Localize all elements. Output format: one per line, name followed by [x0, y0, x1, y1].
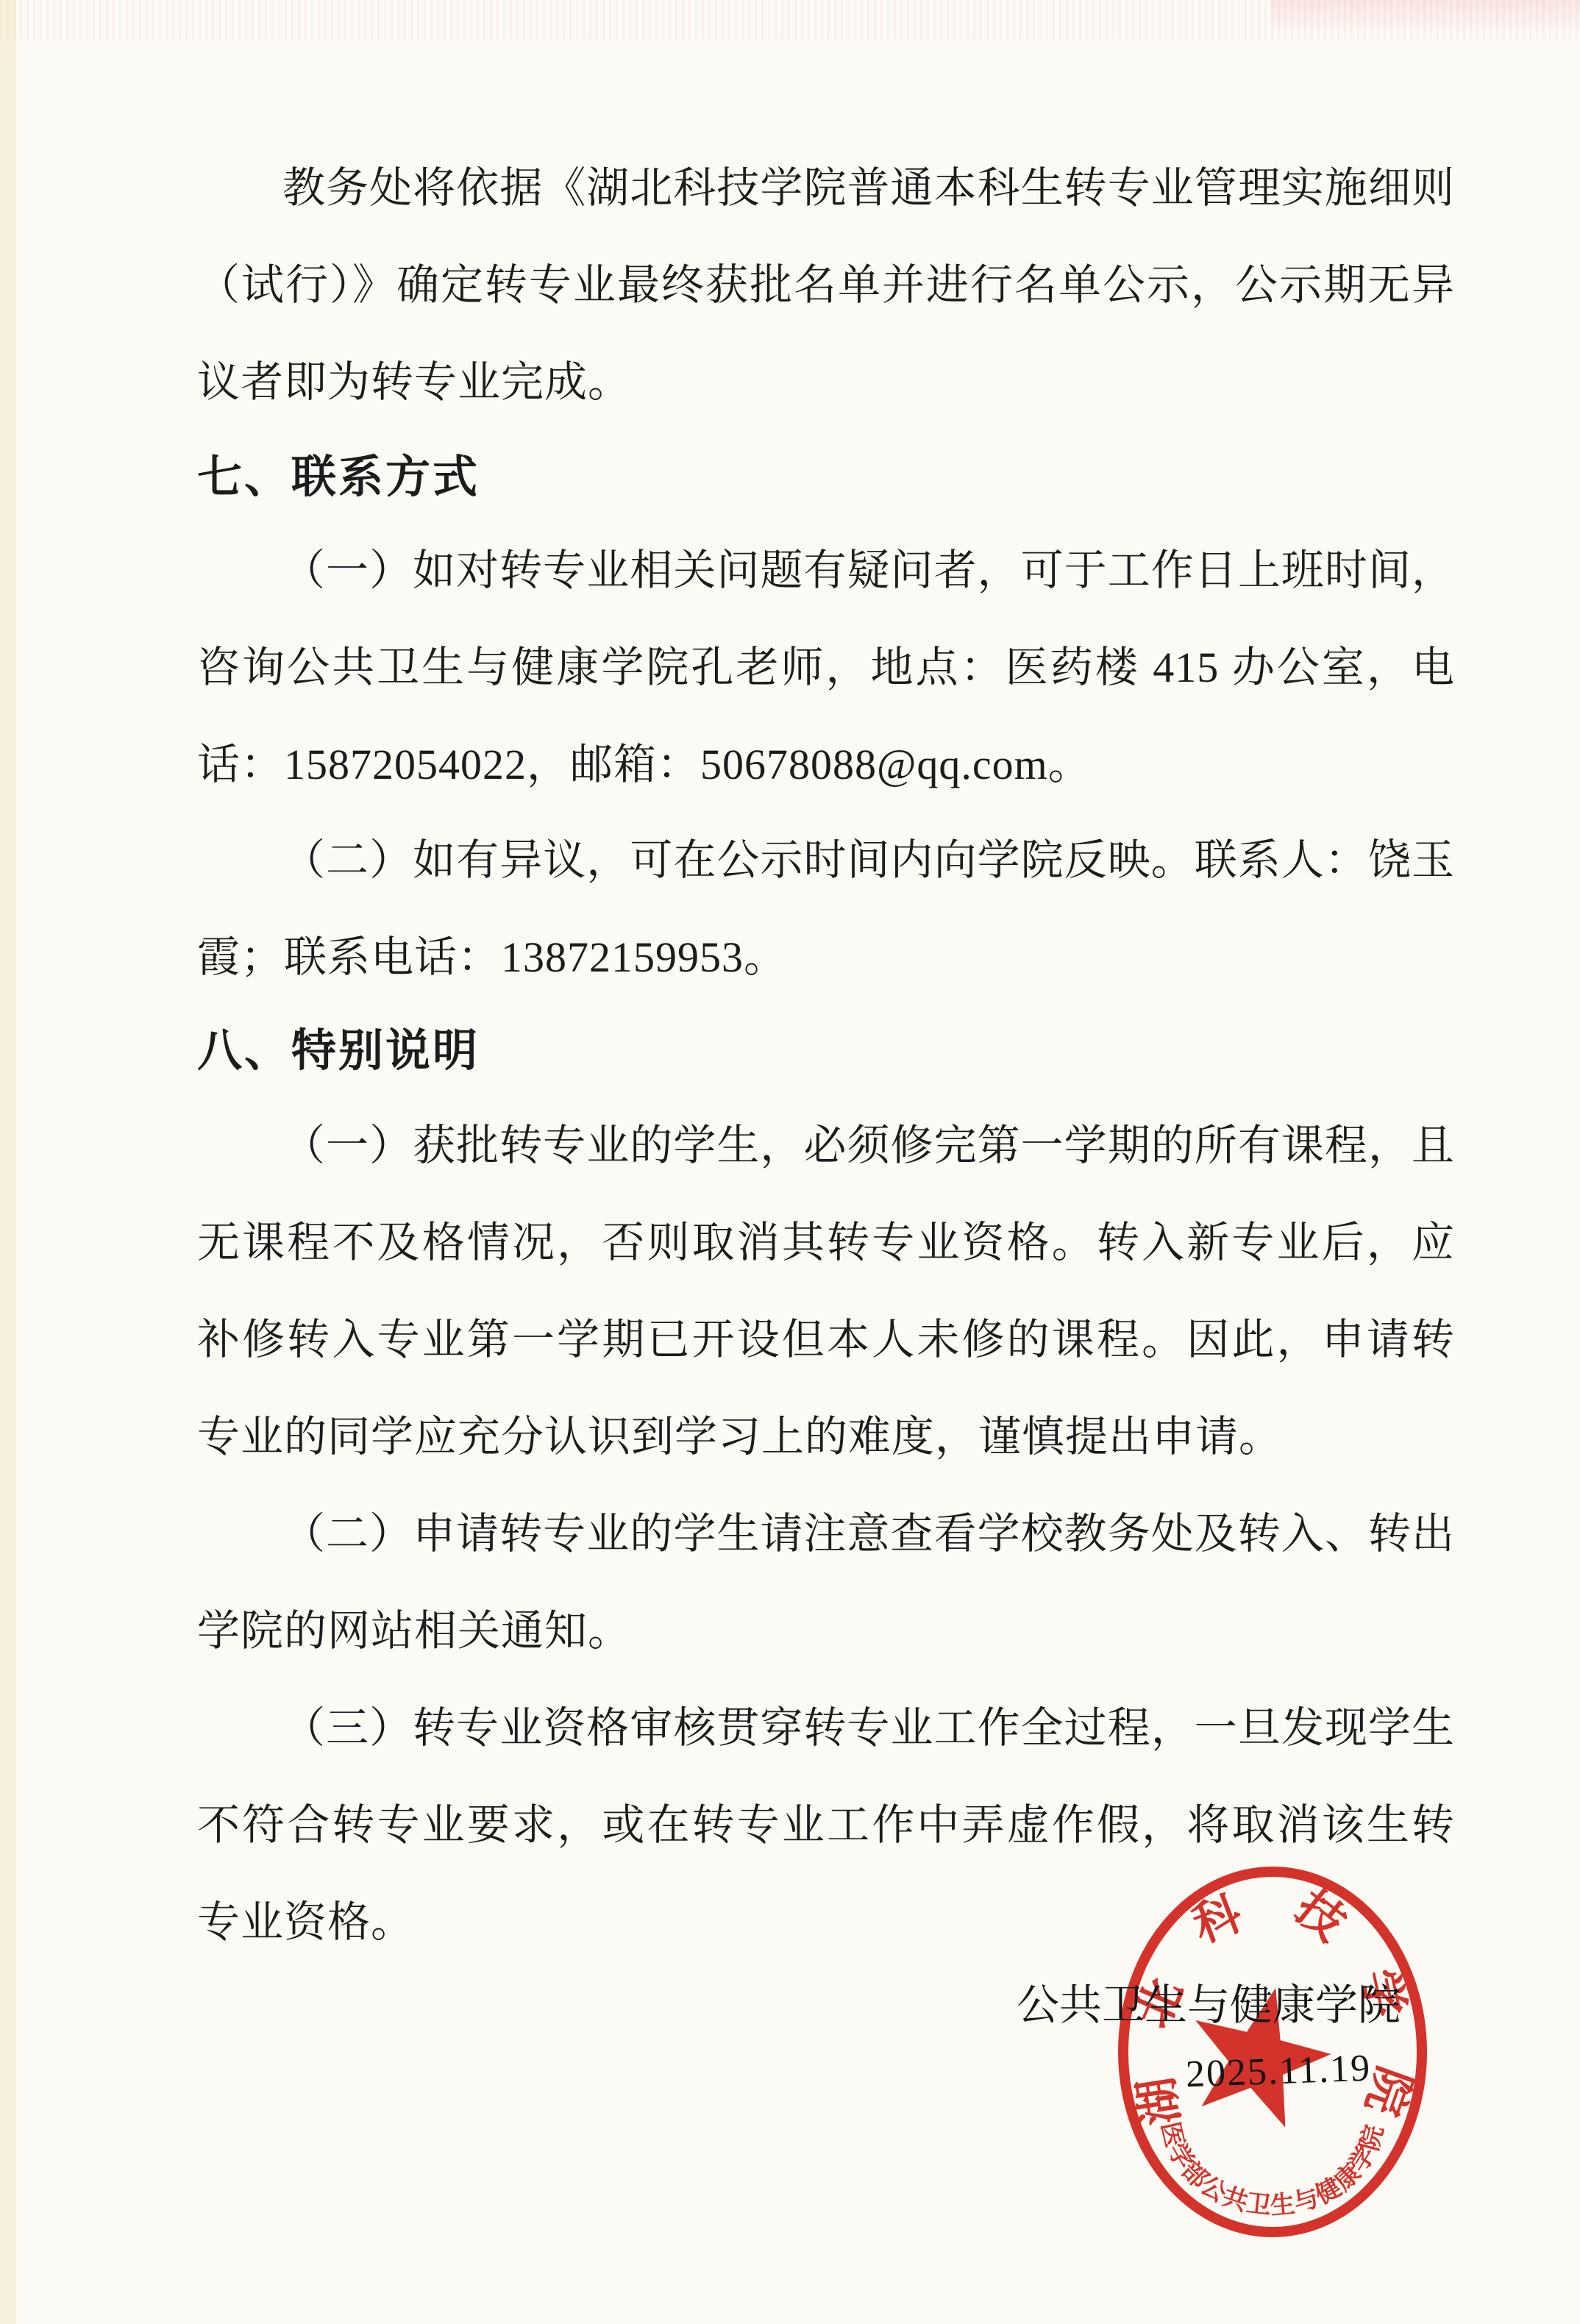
paragraph-special-item-2: （二）申请转专业的学生请注意查看学校教务处及转入、转出学院的网站相关通知。 [197, 1486, 1455, 1680]
paragraph-special-item-1: （一）获批转专业的学生，必须修完第一学期的所有课程，且无课程不及格情况，否则取消… [197, 1097, 1455, 1486]
scan-corner-artifact [1271, 0, 1580, 34]
scanned-document-page: 教务处将依据《湖北科技学院普通本科生转专业管理实施细则（试行）》确定转专业最终获… [0, 0, 1580, 2324]
paragraph-contact-item-1: （一）如对转专业相关问题有疑问者，可于工作日上班时间，咨询公共卫生与健康学院孔老… [197, 522, 1455, 813]
signature-date: 2025.11.19 [1185, 2046, 1372, 2098]
paragraph-approval-process: 教务处将依据《湖北科技学院普通本科生转专业管理实施细则（试行）》确定转专业最终获… [197, 140, 1455, 431]
heading-special-notes: 八、特别说明 [197, 1002, 1455, 1099]
paragraph-contact-item-2: （二）如有异议，可在公示时间内向学院反映。联系人：饶玉霞；联系电话：138721… [197, 812, 1455, 1006]
signature-unit: 公共卫生与健康学院 [1017, 1980, 1401, 2031]
scan-edge-artifact [0, 0, 16, 2324]
heading-contact-methods: 七、联系方式 [197, 428, 1455, 525]
